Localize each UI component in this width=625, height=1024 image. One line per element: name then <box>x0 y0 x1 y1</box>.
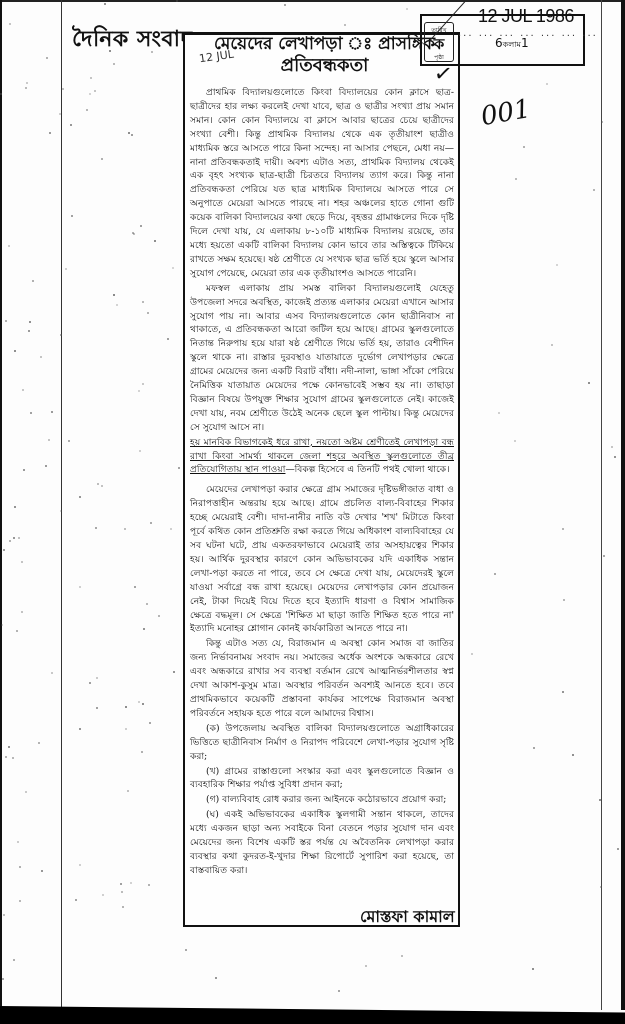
scan-speck <box>603 555 605 557</box>
headline-line-2: প্রতিবন্ধকতা <box>197 55 452 78</box>
scan-speck <box>38 742 40 744</box>
scan-speck <box>562 528 564 530</box>
scan-speck <box>89 682 91 684</box>
scan-speck <box>40 356 42 358</box>
proposal-kha: (খ) গ্রামের রাস্তাগুলো সংস্কার করা এবং স… <box>190 765 454 793</box>
newspaper-masthead: দৈনিক সংবাদ <box>72 22 193 59</box>
scan-speck <box>132 232 134 234</box>
paragraph: মেয়েদের লেখাপড়া করার ক্ষেত্রে গ্রাম সম… <box>190 483 454 636</box>
scan-speck <box>344 24 346 26</box>
scan-speck <box>101 485 103 487</box>
scan-speck <box>116 304 118 306</box>
scan-speck <box>25 791 27 793</box>
paragraph: প্রাথমিক বিদ্যালয়গুলোতে কিংবা বিদ্যালয়… <box>190 86 454 281</box>
scan-speck <box>68 440 70 442</box>
scan-speck <box>563 599 565 601</box>
scan-speck <box>1 624 3 626</box>
scan-speck <box>79 496 81 498</box>
scan-speck <box>593 189 595 191</box>
scan-speck <box>104 3 106 5</box>
scan-speck <box>125 728 127 730</box>
right-column-rule <box>601 0 602 1010</box>
scan-speck <box>96 707 98 709</box>
left-column-rule <box>61 0 62 1010</box>
stamp-page-value: 6 <box>495 36 503 50</box>
proposal-gha: (ঘ) একই অভিভাবকের একাধিক স্কুলগামী সন্তা… <box>190 808 454 878</box>
scan-speck <box>32 280 34 282</box>
scan-speck <box>29 321 31 323</box>
scan-speck <box>125 706 127 708</box>
stamp-column-label: কলাম <box>503 40 521 49</box>
scan-speck <box>26 82 28 84</box>
scan-speck <box>498 412 500 414</box>
scan-speck <box>562 691 564 693</box>
paragraph: মফস্বল এলাকায় প্রায় সমস্ত বালিকা বিদ্য… <box>190 282 454 435</box>
scan-speck <box>121 891 123 893</box>
right-page-edge <box>621 0 625 1010</box>
scan-speck <box>59 113 61 115</box>
stamp-column-value: 1 <box>521 36 529 50</box>
scan-speck <box>23 469 25 471</box>
paragraph-continuation: —বিকল্প হিসেবে এ তিনটি পথই খোলা থাকে। <box>285 464 449 475</box>
scan-speck <box>22 389 24 391</box>
scan-speck <box>173 671 175 673</box>
headline-line-1: মেয়েদের লেখাপড়া ঃ প্রাসঙ্গিক <box>197 34 452 55</box>
author-byline: মোস্তফা কামাল <box>360 904 455 931</box>
stamp-box-glyph: ক <box>425 36 453 52</box>
scan-speck <box>75 899 77 901</box>
scan-speck <box>97 483 99 485</box>
scan-speck <box>338 990 340 992</box>
scan-speck <box>572 754 574 756</box>
left-page-edge <box>0 0 2 1010</box>
stamp-date: 12 JUL 1986 <box>478 6 574 27</box>
article-body: প্রাথমিক বিদ্যালয়গুলোতে কিংবা বিদ্যালয়… <box>190 86 454 879</box>
scan-speck <box>30 412 32 414</box>
scan-speck <box>65 268 67 270</box>
scan-speck <box>611 446 613 448</box>
scan-speck <box>17 841 19 843</box>
scan-speck <box>365 965 367 967</box>
top-border <box>0 0 625 2</box>
scan-speck <box>143 628 145 630</box>
scan-speck <box>471 653 473 655</box>
scan-speck <box>120 883 122 885</box>
scan-speck <box>128 132 130 134</box>
scan-speck <box>138 701 140 703</box>
scan-speck <box>89 93 91 95</box>
scan-speck <box>96 677 98 679</box>
scan-speck <box>170 528 172 530</box>
scan-speck <box>600 886 602 888</box>
scan-speck <box>176 0 178 2</box>
scan-speck <box>21 561 23 563</box>
paragraph: কিন্তু এটাও সত্য যে, বিরাজমান এ অবস্থা ক… <box>190 637 454 720</box>
scan-speck <box>18 537 20 539</box>
scan-speck <box>49 132 51 134</box>
stamp-page-column: 6কলাম1 <box>495 36 529 52</box>
scan-speck <box>90 77 92 79</box>
proposal-ka: (ক) উপজেলায় অবস্থিত বালিকা বিদ্যালয়গুল… <box>190 722 454 764</box>
scan-speck <box>71 215 73 217</box>
scan-speck <box>131 134 133 136</box>
scan-speck <box>60 510 62 512</box>
scan-speck <box>523 146 525 148</box>
scan-speck <box>51 672 53 674</box>
article-headline: মেয়েদের লেখাপড়া ঃ প্রাসঙ্গিক প্রতিবন্ধ… <box>197 34 452 78</box>
scan-speck <box>141 751 143 753</box>
scan-speck <box>101 158 103 160</box>
scan-speck <box>124 528 126 530</box>
scan-speck <box>172 267 174 269</box>
scan-speck <box>142 703 144 705</box>
proposal-ga: (গ) বাল্যবিবাহ রোধ করার জন্য আইনকে কঠোরভ… <box>190 793 454 807</box>
checkmark-icon: ✓ <box>432 61 454 88</box>
scan-speck <box>494 573 496 575</box>
scan-speck <box>599 799 601 801</box>
scan-speck <box>406 8 408 10</box>
